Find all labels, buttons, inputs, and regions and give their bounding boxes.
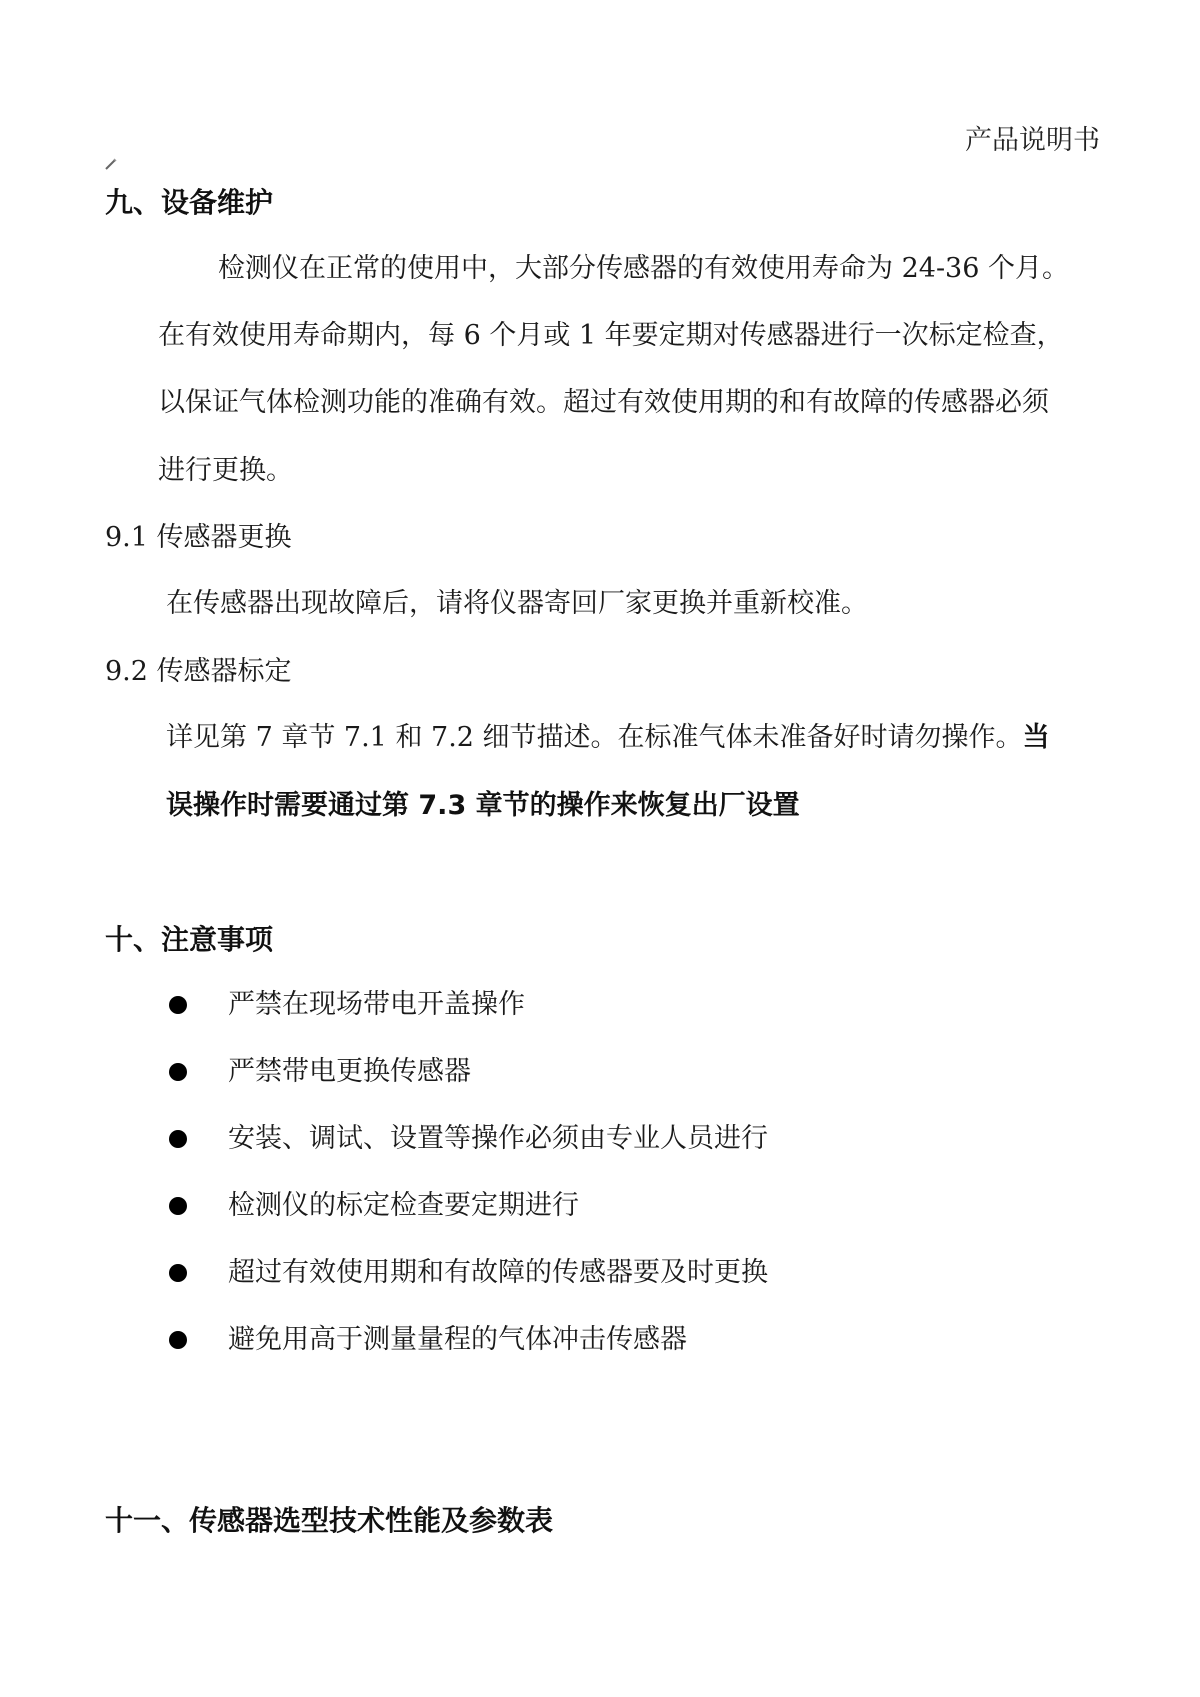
bullet-icon [169,1331,187,1349]
paragraph-line: 检测仪在正常的使用中，大部分传感器的有效使用寿命为 24-36 个月。 [218,255,1069,282]
bullet-text: 严禁带电更换传感器 [228,1058,471,1085]
bullet-text: 避免用高于测量量程的气体冲击传感器 [228,1326,687,1353]
bullet-text: 检测仪的标定检查要定期进行 [228,1192,579,1219]
bullet-text: 严禁在现场带电开盖操作 [228,991,525,1018]
bullet-icon [169,1063,187,1081]
bullet-icon [169,996,187,1014]
bullet-icon [169,1130,187,1148]
bullet-icon [169,1197,187,1215]
section-10-heading: 十、注意事项 [105,926,273,954]
subsection-9-1-body: 在传感器出现故障后，请将仪器寄回厂家更换并重新校准。 [166,590,868,617]
page-header-title: 产品说明书 [965,127,1100,154]
paragraph-line: 在有效使用寿命期内，每 6 个月或 1 年要定期对传感器进行一次标定检查， [158,322,1064,349]
section-11-heading: 十一、传感器选型技术性能及参数表 [105,1507,553,1535]
bold-text: 当 [1023,722,1050,753]
section-9-heading: 九、设备维护 [105,189,273,217]
pencil-icon [104,157,118,171]
bullet-text: 安装、调试、设置等操作必须由专业人员进行 [228,1125,768,1152]
bullet-icon [169,1264,187,1282]
subsection-9-2-heading: 9.2 传感器标定 [105,658,292,685]
subsection-9-2-body-line2: 误操作时需要通过第 7.3 章节的操作来恢复出厂设置 [166,792,800,819]
subsection-9-1-heading: 9.1 传感器更换 [105,524,292,551]
paragraph-line: 以保证气体检测功能的准确有效。超过有效使用期的和有故障的传感器必须 [158,389,1049,416]
bullet-text: 超过有效使用期和有故障的传感器要及时更换 [228,1259,768,1286]
subsection-9-2-body-line1: 详见第 7 章节 7.1 和 7.2 细节描述。在标准气体未准备好时请勿操作。当 [166,724,1050,751]
paragraph-line: 进行更换。 [158,457,293,484]
body-text: 详见第 7 章节 7.1 和 7.2 细节描述。在标准气体未准备好时请勿操作。 [166,722,1023,753]
